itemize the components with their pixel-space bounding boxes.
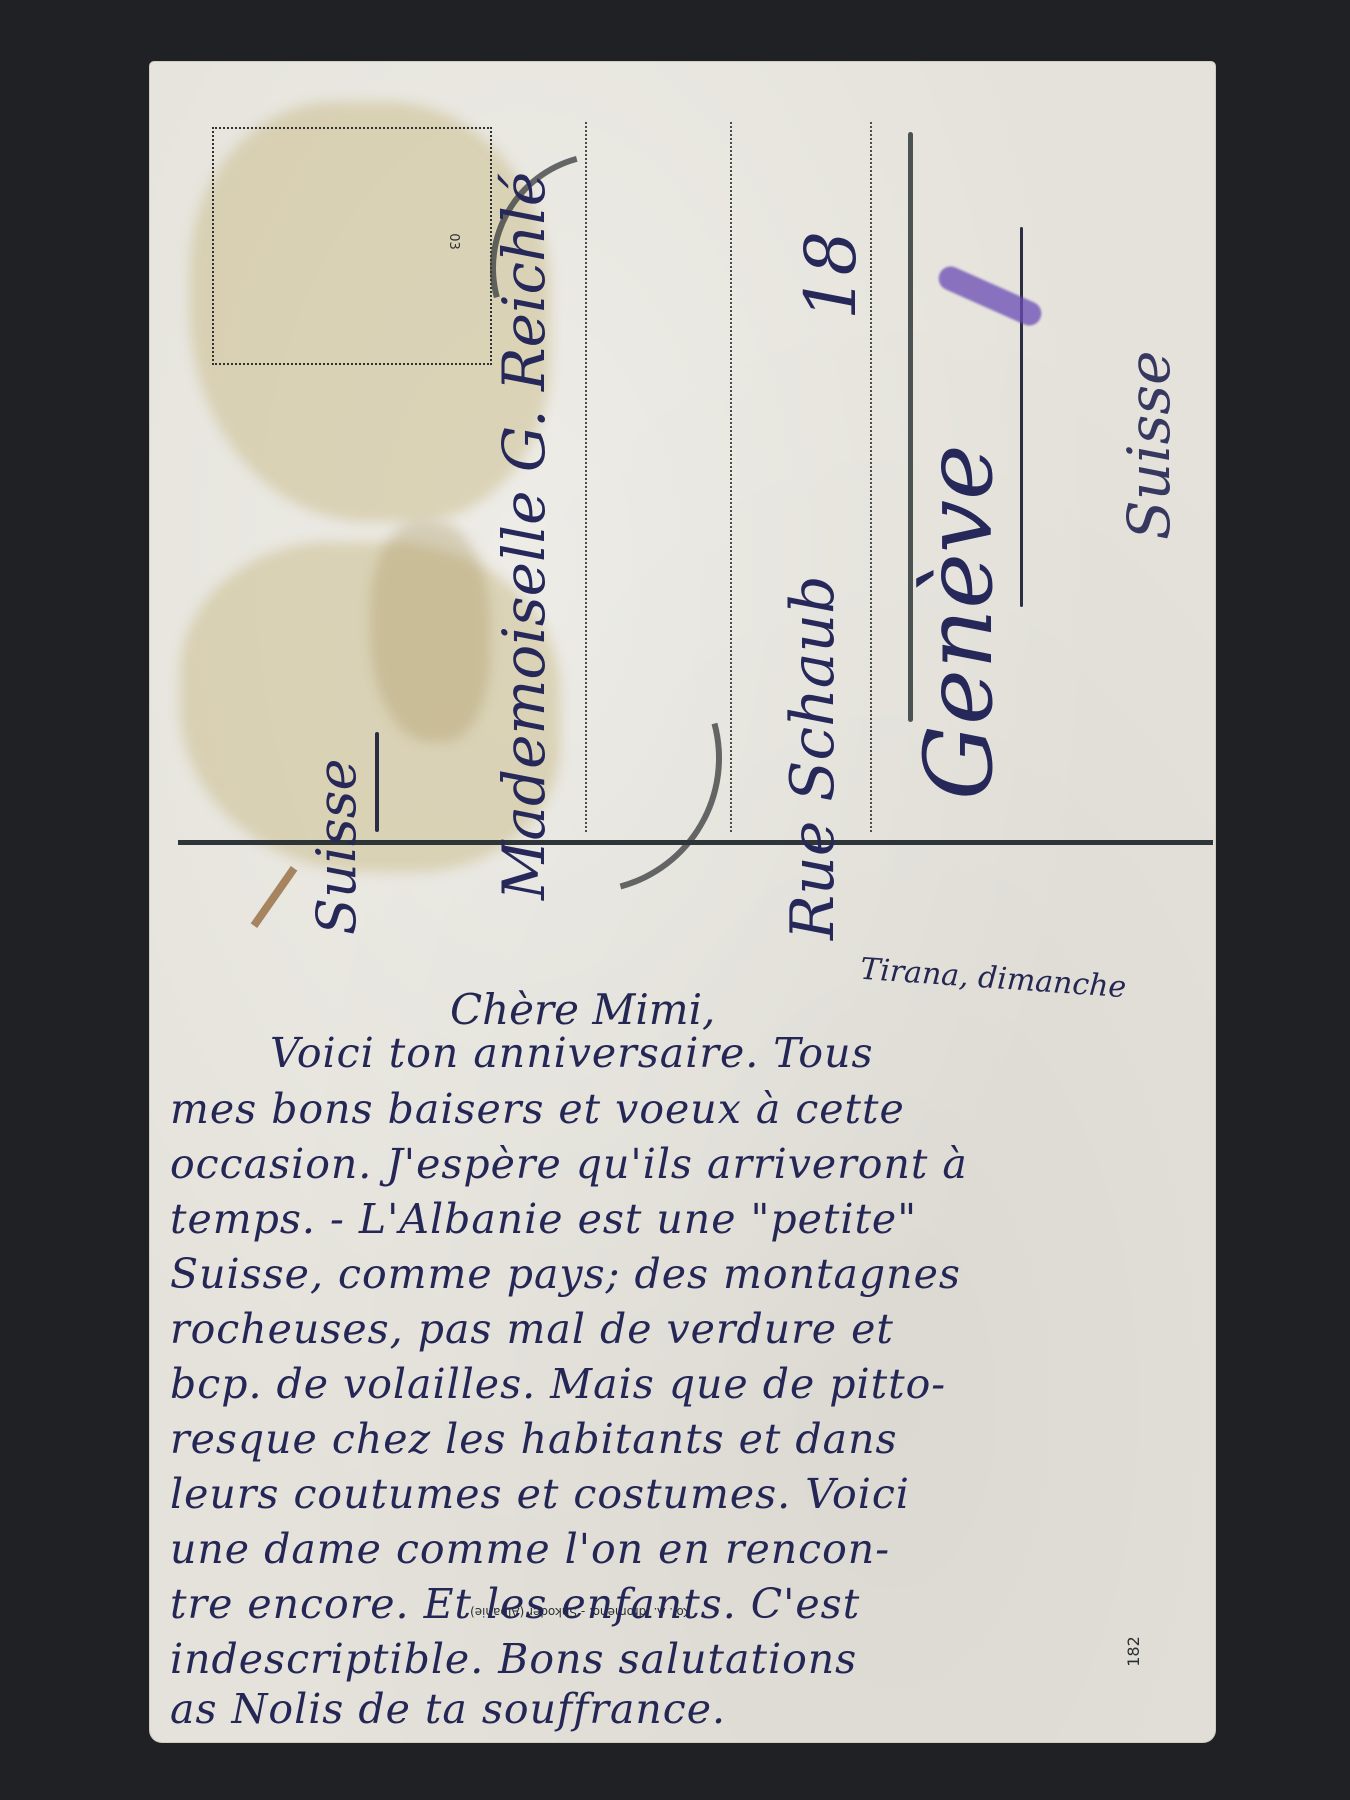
- street-name: Rue Schaub: [778, 575, 848, 940]
- message-line: rocheuses, pas mal de verdure et: [170, 1305, 1210, 1353]
- left-note-underline: [375, 732, 379, 832]
- purple-ink-mark: [935, 263, 1045, 330]
- message-line: une dame comme l'on en rencon-: [170, 1525, 1210, 1573]
- message-line: tre encore. Et les enfants. C'est: [170, 1580, 1210, 1628]
- message-line: bcp. de volailles. Mais que de pitto-: [170, 1360, 1210, 1408]
- country-underline: [1020, 227, 1023, 607]
- address-rule: [585, 122, 587, 832]
- message-line: mes bons baisers et voeux à cette: [170, 1085, 1210, 1133]
- message-line: resque chez les habitants et dans: [170, 1415, 1210, 1463]
- country-name: Suisse: [1115, 351, 1183, 541]
- street-number: 18: [790, 231, 872, 320]
- message-line: temps. - L'Albanie est une "petite": [170, 1195, 1210, 1243]
- stamp-area: 03: [212, 127, 492, 365]
- message-line: indescriptible. Bons salutations: [170, 1635, 1210, 1683]
- message-line: occasion. J'espère qu'ils arriveront à: [170, 1140, 1210, 1188]
- city-name: Genève: [905, 444, 1014, 800]
- message-line: leurs coutumes et costumes. Voici: [170, 1470, 1210, 1518]
- message-line: Voici ton anniversaire. Tous: [270, 1029, 1310, 1077]
- recipient-name: Mademoiselle G. Reichlé: [490, 172, 558, 900]
- address-rule: [870, 122, 872, 832]
- rust-mark: [251, 866, 298, 928]
- message-line: Suisse, comme pays; des montagnes: [170, 1250, 1210, 1298]
- left-country-note: Suisse: [305, 759, 368, 935]
- message-greeting: Chère Mimi,: [450, 985, 715, 1034]
- stamp-area-number: 03: [446, 233, 461, 250]
- address-rule: [730, 122, 732, 832]
- message-line: as Nolis de ta souffrance.: [170, 1685, 1210, 1733]
